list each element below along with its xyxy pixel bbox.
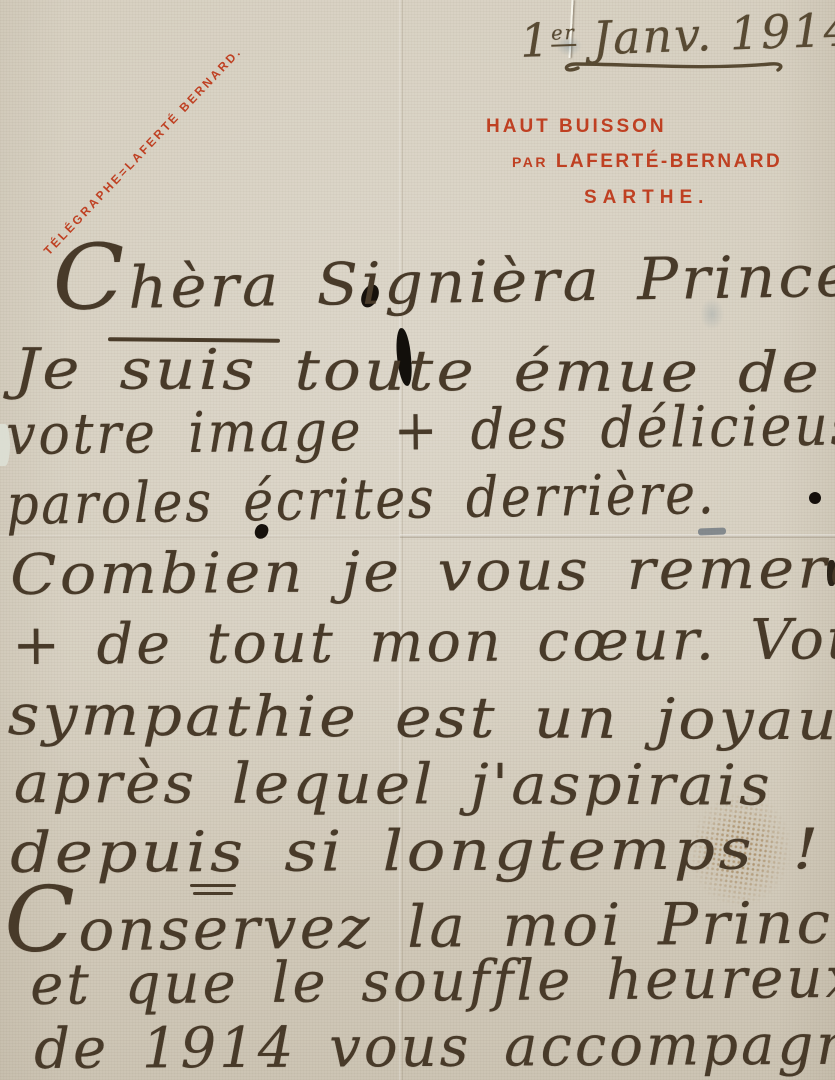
handwriting-line: après lequel j'aspirais — [14, 756, 773, 814]
handwriting-line: votre image + des délicieuses — [6, 398, 835, 464]
date-day: 1 — [519, 13, 552, 68]
letterhead-par-prefix: PAR — [512, 154, 548, 170]
handwriting-line: depuis si longtemps ! — [10, 822, 822, 882]
letter-page: TÉLÉGRAPHE=LAFERTÉ BERNARD. HAUT BUISSON… — [0, 0, 835, 1080]
underline-stroke-si-2 — [193, 892, 233, 895]
handwriting-line: sympathie est un joyau — [8, 688, 835, 749]
ink-spot — [809, 492, 821, 504]
handwriting-line: Combien je vous remercie — [10, 541, 835, 604]
blue-pencil-mark — [698, 528, 726, 536]
handwriting-line: Je suis toute émue de — [14, 342, 823, 402]
handwriting-line: Chèra Signièra Princesse — [52, 233, 835, 318]
letterhead-estate-name: HAUT BUISSON — [486, 116, 667, 138]
handwriting-line: et que le souffle heureux — [30, 951, 835, 1014]
letterhead-commune-line: PAR LAFERTÉ-BERNARD — [512, 151, 782, 173]
underline-stroke-si — [190, 884, 236, 887]
handwriting-line: + de tout mon cœur. Votre — [12, 612, 835, 674]
handwriting-line: de 1914 vous accompagne — [34, 1018, 835, 1078]
letterhead-department: SARTHE. — [584, 187, 709, 209]
letterhead-commune: LAFERTÉ-BERNARD — [556, 151, 782, 172]
date-underline-flourish — [556, 52, 788, 86]
date-ordinal-suffix: er — [551, 21, 577, 47]
handwriting-line: paroles écrites derrière. — [6, 467, 717, 534]
